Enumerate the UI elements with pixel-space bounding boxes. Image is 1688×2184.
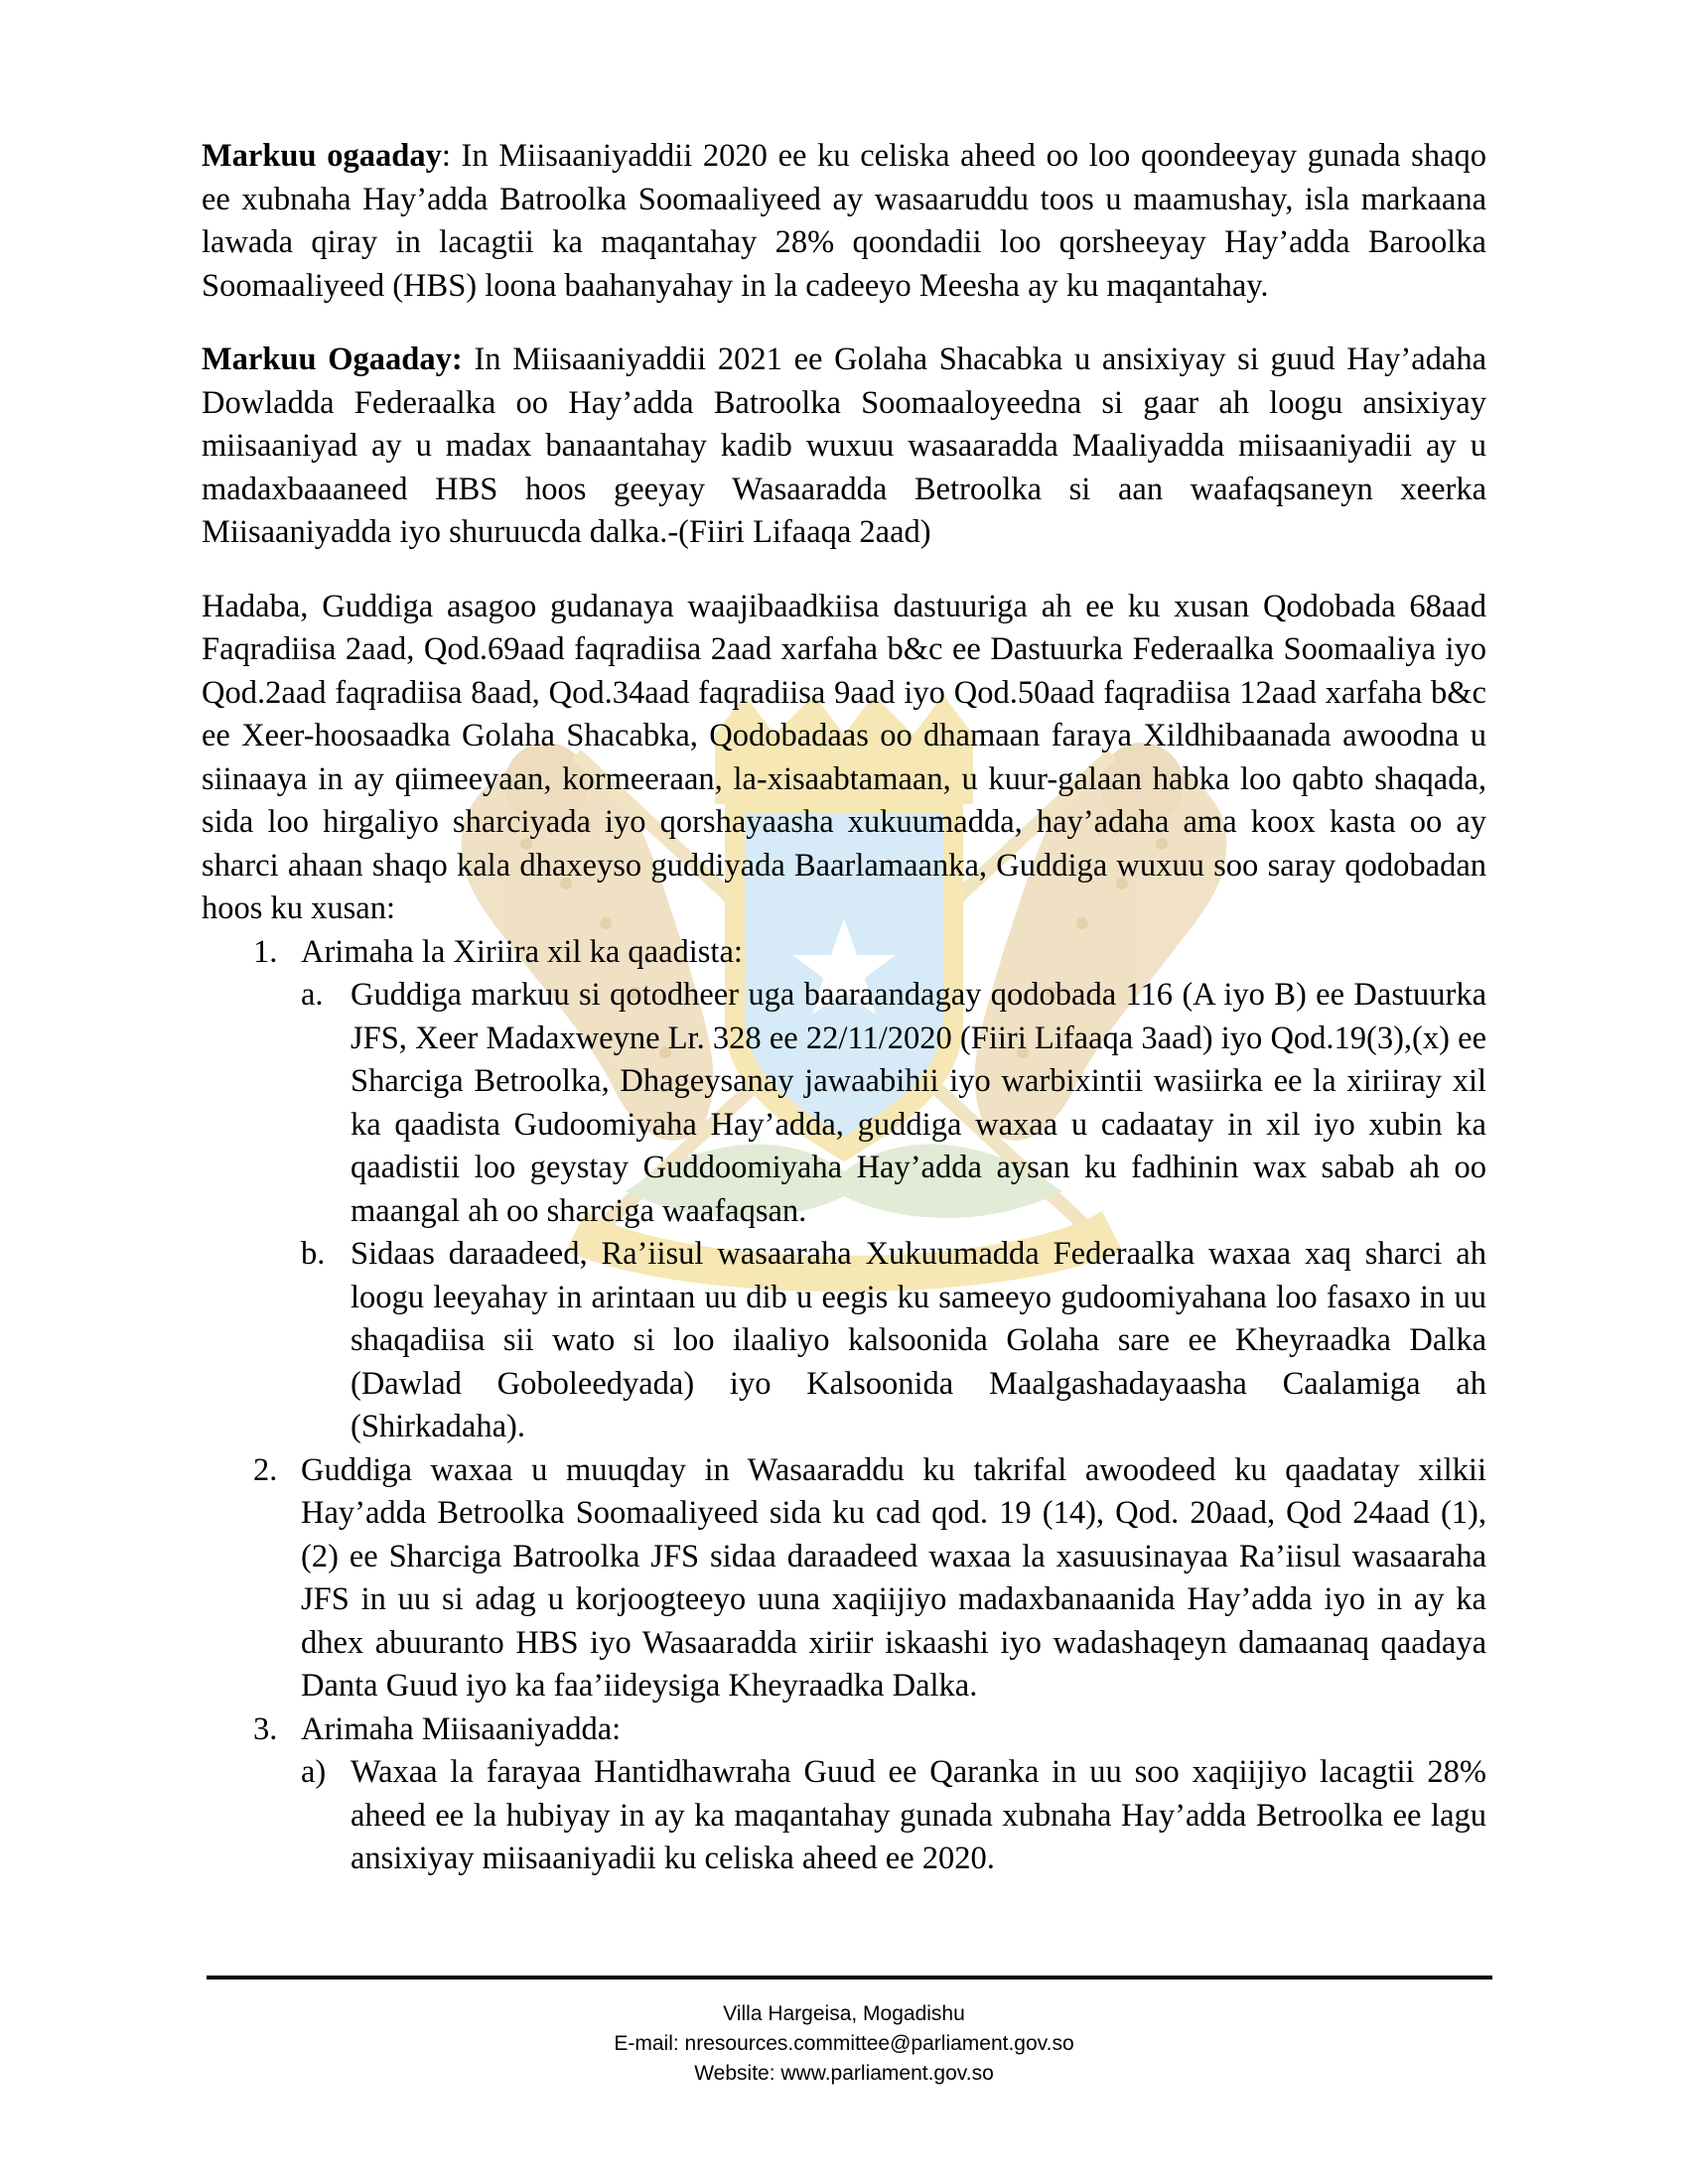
list-number: 1.	[253, 931, 277, 975]
footer-email[interactable]: E-mail: nresources.committee@parliament.…	[0, 2029, 1688, 2059]
footer-divider	[207, 1976, 1492, 1979]
sub-list-item: b. Sidaas daraadeed, Ra’iisul wasaaraha …	[301, 1233, 1486, 1449]
list-number: 3.	[253, 1708, 277, 1752]
footer-website[interactable]: Website: www.parliament.gov.so	[0, 2059, 1688, 2089]
sub-list-text: Sidaas daraadeed, Ra’iisul wasaaraha Xuk…	[351, 1236, 1486, 1444]
sub-list-label: a)	[301, 1751, 326, 1795]
sub-list-label: a.	[301, 974, 324, 1018]
list-item-title: Arimaha Miisaaniyadda:	[301, 1708, 1486, 1752]
finding-paragraph-1: Markuu ogaaday: In Miisaaniyaddii 2020 e…	[202, 135, 1486, 308]
list-item: 2. Guddiga waxaa u muuqday in Wasaaraddu…	[202, 1449, 1486, 1708]
mandate-paragraph: Hadaba, Guddiga asagoo gudanaya waajibaa…	[202, 586, 1486, 931]
list-item: 1. Arimaha la Xiriira xil ka qaadista: a…	[202, 931, 1486, 1449]
sub-list: a) Waxaa la farayaa Hantidhawraha Guud e…	[301, 1751, 1486, 1881]
list-item: 3. Arimaha Miisaaniyadda: a) Waxaa la fa…	[202, 1708, 1486, 1881]
list-item-text: Guddiga waxaa u muuqday in Wasaaraddu ku…	[301, 1449, 1486, 1708]
sub-list-label: b.	[301, 1233, 325, 1277]
document-body: Markuu ogaaday: In Miisaaniyaddii 2020 e…	[202, 135, 1486, 1881]
sub-list-item: a) Waxaa la farayaa Hantidhawraha Guud e…	[301, 1751, 1486, 1881]
finding-label: Markuu ogaaday	[202, 138, 442, 174]
sub-list-text: Waxaa la farayaa Hantidhawraha Guud ee Q…	[351, 1754, 1486, 1876]
sub-list: a. Guddiga markuu si qotodheer uga baara…	[301, 974, 1486, 1449]
finding-paragraph-2: Markuu Ogaaday: In Miisaaniyaddii 2021 e…	[202, 339, 1486, 555]
footer-address: Villa Hargeisa, Mogadishu	[0, 1999, 1688, 2029]
footer: Villa Hargeisa, Mogadishu E-mail: nresou…	[0, 1999, 1688, 2089]
sub-list-item: a. Guddiga markuu si qotodheer uga baara…	[301, 974, 1486, 1233]
list-number: 2.	[253, 1449, 277, 1493]
sub-list-text: Guddiga markuu si qotodheer uga baaraand…	[351, 977, 1486, 1229]
recommendations-list: 1. Arimaha la Xiriira xil ka qaadista: a…	[202, 931, 1486, 1881]
finding-label: Markuu Ogaaday:	[202, 341, 463, 377]
document-page: Markuu ogaaday: In Miisaaniyaddii 2020 e…	[0, 0, 1688, 2184]
list-item-title: Arimaha la Xiriira xil ka qaadista:	[301, 931, 1486, 975]
